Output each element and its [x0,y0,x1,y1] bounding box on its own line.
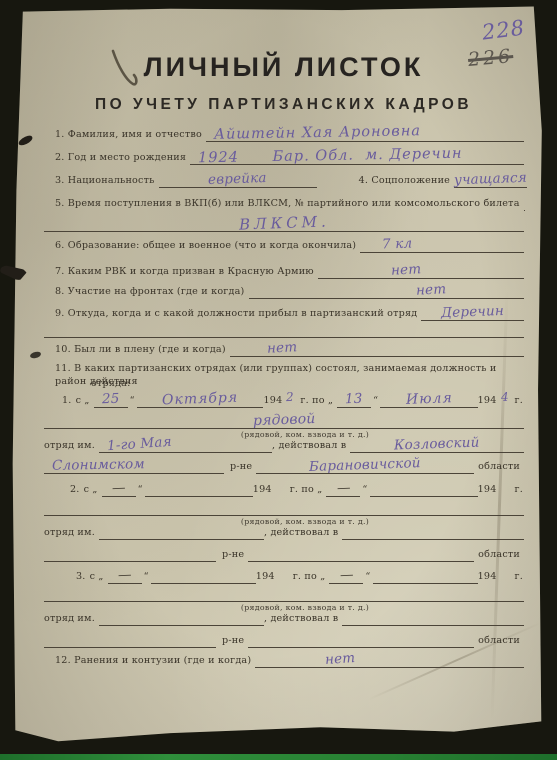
service-row3-year-to [501,570,515,584]
month-from-value: Октября [162,392,239,407]
quote-mark: “ [360,484,369,497]
year-to-value: 4 [500,391,508,403]
field-education-label: 6. Образование: общее и военное (что и к… [55,240,360,253]
unit-label: отряд им. [44,527,99,540]
service-row3-number: 3. [76,571,90,584]
field-service-question-line2: отряда: [55,377,524,390]
service-row1-position-rule: рядовой [44,414,524,429]
from-label: с „ [84,484,102,497]
acted-label: , действовал в [264,527,342,540]
day-from-value: 25 [102,393,120,406]
field-captivity-label: 10. Был ли в плену (где и когда) [55,344,230,357]
district-label: р-не [224,461,256,474]
to-label: г. по „ [300,395,337,408]
year-prefix: 194 [478,395,501,408]
to-label: г. по „ [293,571,330,584]
field-social-line: учащаяся [454,173,527,188]
service-row2-month-to [370,482,478,497]
field-birth-label: 2. Год и место рождения [55,152,190,165]
year-suffix: г. [515,395,527,408]
acted-label: , действовал в [272,440,350,453]
service-row3-region-line [248,633,474,648]
field-wounds-line: нет [255,653,524,668]
field-fronts-label: 8. Участие на фронтах (где и когда) [55,286,249,299]
year-from-value: 2 [286,391,294,403]
scanned-document: 228 226 ЛИЧНЫЙ ЛИСТОК ПО УЧЕТУ ПАРТИЗАНС… [0,0,557,760]
field-fronts-line: нет [249,284,525,299]
quote-mark: “ [363,571,372,584]
field-birth: 2. Год и место рождения 1924 Бар. Обл. м… [55,150,524,165]
field-nationality-label: 3. Национальность [55,175,159,188]
field-education: 6. Образование: общее и военное (что и к… [55,238,524,253]
year-prefix: 194 [478,571,501,584]
field-arrival-value: Деречин [441,305,504,319]
year-prefix: 194 [478,484,501,497]
quote-mark: “ [371,395,380,408]
day-from-value: — [111,482,125,494]
service-row2-day-to: — [326,482,360,497]
field-party: 5. Время поступления в ВКП(б) или ВЛКСМ,… [55,196,524,211]
service-row2-unit-line [99,525,264,540]
year-prefix: 194 [253,484,276,497]
unit-label: отряд им. [44,440,99,453]
field-captivity-line: нет [230,342,524,357]
region-label: области [474,461,524,474]
service-row1-number: 1. [62,395,76,408]
service-row1-unit: отряд им. 1-го Мая , действовал в Козлов… [44,438,524,453]
service-row3-acted-line [342,611,524,626]
field-captivity: 10. Был ли в плену (где и когда) нет [55,342,524,357]
district-label: р-не [216,549,248,562]
quote-mark: “ [136,484,145,497]
service-row1-position-line: рядовой [44,414,524,429]
service-row1-unit-line: 1-го Мая [99,438,272,453]
field-party-line2: ВЛКСМ. [44,217,524,232]
service-row1-region-value: Барановичской [309,457,421,473]
field-arrival-line: Деречин [421,306,524,321]
service-row3-district-line [44,633,216,648]
year-prefix: 194 [256,571,279,584]
field-rvk-line: нет [318,264,524,279]
field-birth-line: 1924 Бар. Обл. м. Деречин [190,150,524,165]
field-wounds: 12. Ранения и контузии (где и когда) нет [55,653,524,668]
field-social-value: учащаяся [454,172,527,187]
field-arrival-label: 9. Откуда, когда и с какой должности при… [55,308,421,321]
service-row2-position-rule [44,501,524,516]
service-row2-year-from [276,483,290,497]
year-prefix: 194 [263,395,286,408]
service-row3-position-line [44,587,524,602]
field-social-label: 4. Соцположение [317,175,455,188]
district-label: р-не [216,635,248,648]
service-row3-dates: 3. с „ — “ 194 г. по „ — “ 194 г. [76,569,527,584]
service-row3-month-to [373,569,478,584]
field-arrival-line2 [44,323,524,338]
page-subtitle: ПО УЧЕТУ ПАРТИЗАНСКИХ КАДРОВ [55,96,512,114]
field-arrival-line2-rule [44,323,524,338]
field-fronts: 8. Участие на фронтах (где и когда) нет [55,284,524,299]
service-row1-district-line: Слонимском [44,459,224,474]
field-nationality-social: 3. Национальность еврейка 4. Соцположени… [55,173,524,188]
service-row1-year-from: 2 [286,394,300,408]
field-nationality-line: еврейка [159,173,317,188]
service-row1-district-value: Слонимском [52,458,145,472]
form-content: 228 226 ЛИЧНЫЙ ЛИСТОК ПО УЧЕТУ ПАРТИЗАНС… [0,0,557,760]
quote-mark: “ [128,395,137,408]
service-row2-position-line [44,501,524,516]
day-to-value: — [336,482,350,494]
field-education-value: 7 кл [382,237,413,250]
field-rvk-label: 7. Каким РВК и когда призван в Красную А… [55,266,318,279]
field-education-line: 7 кл [360,238,524,253]
field-surname-value: Айштейн Хая Ароновна [214,125,421,141]
service-row2-day-from: — [102,482,136,497]
field-captivity-value: нет [266,341,297,355]
service-row3-unit: отряд им. , действовал в [44,611,524,626]
to-label: г. по „ [290,484,327,497]
field-party-value: ВЛКСМ. [238,215,329,230]
field-party-label: 5. Время поступления в ВКП(б) или ВЛКСМ,… [55,198,524,211]
field-birth-value: 1924 Бар. Обл. м. Деречин [198,148,463,165]
field-party-line2-rule: ВЛКСМ. [44,217,524,232]
field-wounds-label: 12. Ранения и контузии (где и когда) [55,655,255,668]
day-to-value: — [339,569,353,581]
field-nationality-value: еврейка [208,172,267,186]
service-row2-unit: отряд им. , действовал в [44,525,524,540]
field-arrival: 9. Откуда, когда и с какой должности при… [55,306,524,321]
field-surname-line: Айштейн Хая Ароновна [206,127,524,142]
service-row3-unit-line [99,611,264,626]
from-label: с „ [90,571,108,584]
field-surname-label: 1. Фамилия, имя и отчество [55,129,206,142]
field-rvk-value: нет [390,263,421,277]
region-label: области [474,635,524,648]
service-row2-month-from [145,482,253,497]
service-row1-region-line: Барановичской [256,459,474,474]
service-row1-year-to: 4 [501,394,515,408]
unit-label: отряд им. [44,613,99,626]
acted-label: , действовал в [264,613,342,626]
service-row1-day-from: 25 [94,393,128,408]
scanner-edge-strip [0,754,557,760]
service-row1-acted-value: Козловский [394,437,480,452]
field-wounds-value: нет [324,652,355,666]
quote-mark: “ [142,571,151,584]
service-row3-day-to: — [329,569,363,584]
service-row2-district: р-не области [44,547,524,562]
service-row3-position-rule [44,587,524,602]
day-to-value: 13 [345,393,363,406]
service-row1-dates: 1. с „ 25 “ Октября 194 2 г. по „ 13 “ И… [62,393,527,408]
page-title: ЛИЧНЫЙ ЛИСТОК [60,52,507,83]
year-suffix: г. [515,571,527,584]
service-row2-year-to [501,483,515,497]
from-label: с „ [76,395,94,408]
region-label: области [474,549,524,562]
service-row1-acted-line: Козловский [350,438,524,453]
year-suffix: г. [515,484,527,497]
field-surname: 1. Фамилия, имя и отчество Айштейн Хая А… [55,127,524,142]
service-row1-district: Слонимском р-не Барановичской области [44,459,524,474]
service-row3-day-from: — [108,569,142,584]
service-row2-district-line [44,547,216,562]
service-row1-position-value: рядовой [253,413,316,427]
field-fronts-value: нет [416,283,447,297]
field-rvk: 7. Каким РВК и когда призван в Красную А… [55,264,524,279]
service-row2-dates: 2. с „ — “ 194 г. по „ — “ 194 г. [70,482,527,497]
service-row2-number: 2. [70,484,84,497]
service-row1-day-to: 13 [337,393,371,408]
month-to-value: Июля [405,392,452,406]
service-row2-acted-line [342,525,524,540]
service-row2-region-line [248,547,474,562]
day-from-value: — [117,569,131,581]
page-number: 228 [481,21,525,38]
service-row3-district: р-не области [44,633,524,648]
service-row1-unit-value: 1-го Мая [107,436,172,452]
service-row3-year-from [279,570,293,584]
service-row3-month-from [151,569,256,584]
service-row1-month-to: Июля [380,393,477,408]
service-row1-month-from: Октября [137,393,264,408]
